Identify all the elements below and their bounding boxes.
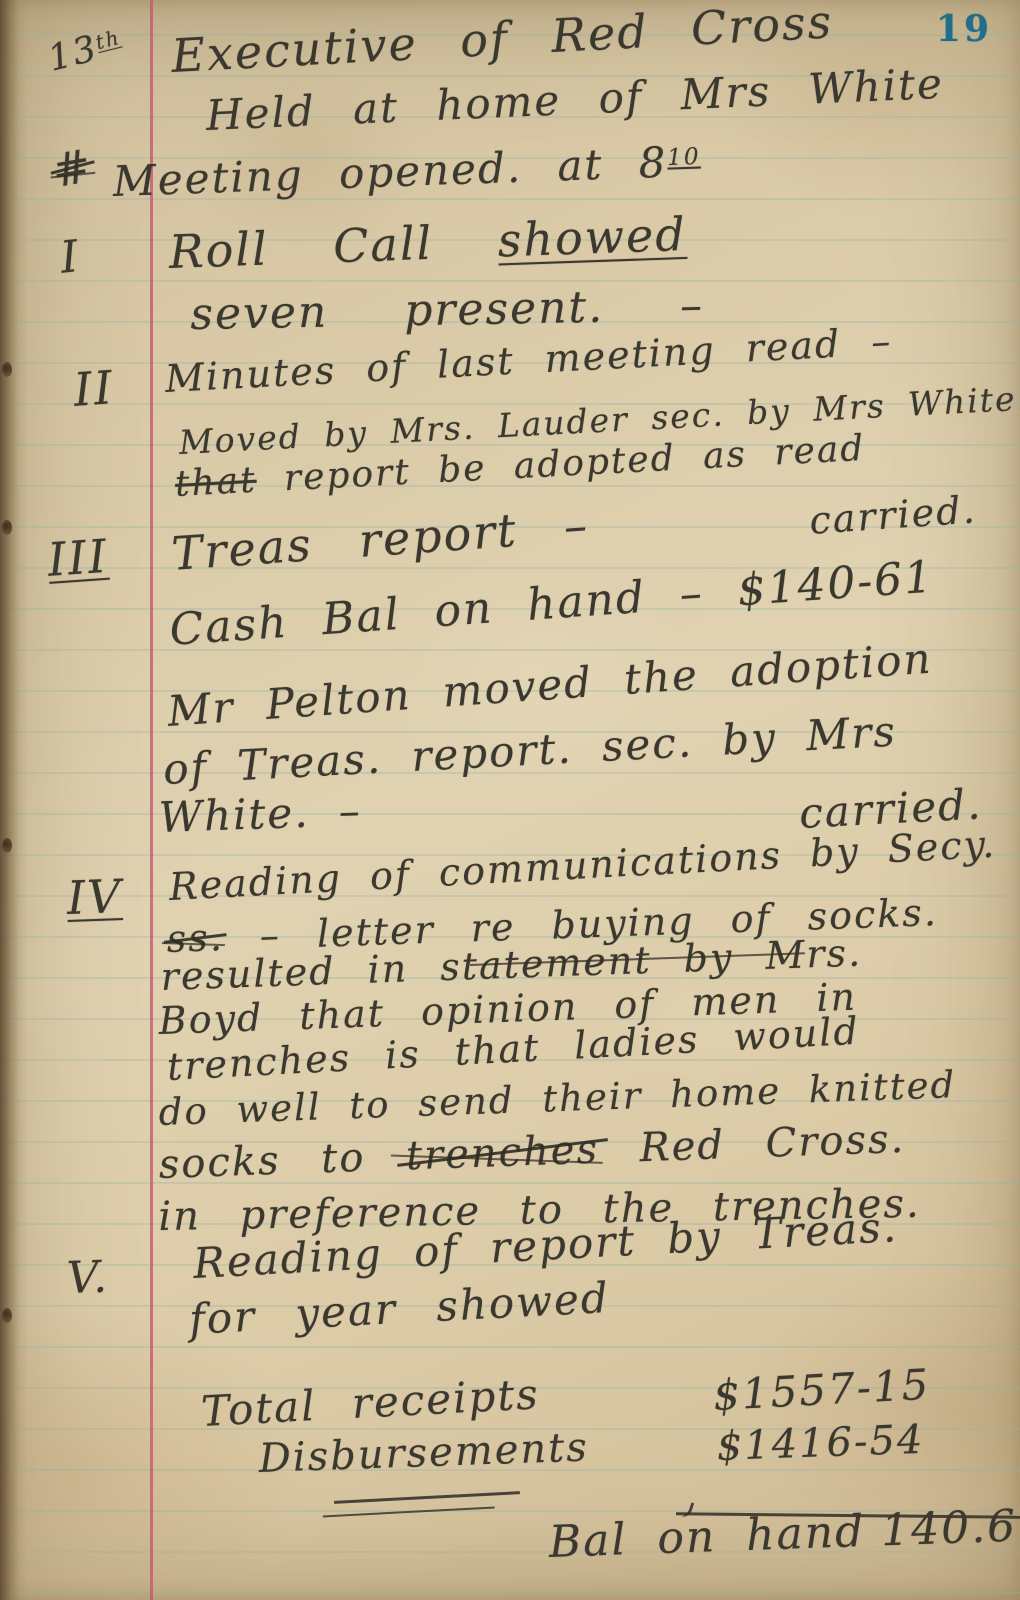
stitch-hole <box>2 838 12 853</box>
page-number: 19 <box>936 8 992 50</box>
balance-line: Bal on hand140.61 <box>548 1501 1020 1569</box>
roll-call-text: Roll Call <box>168 214 499 279</box>
roll-call-underlined: showed <box>497 207 688 268</box>
minute-book-page: 19 13th Executive of Red Cross Held at h… <box>0 0 1020 1600</box>
disbursements-value: $1416-54 <box>716 1417 925 1470</box>
meeting-number-ordinal: th <box>93 26 123 54</box>
item-iv-line-7-post: Red Cross. <box>598 1116 906 1173</box>
item-iii-line-5: White. – <box>158 787 363 842</box>
item-i-numeral: I <box>58 232 83 284</box>
struck-word: that <box>174 460 258 505</box>
opening-line: Meeting opened. at 810 <box>112 137 702 206</box>
item-v-numeral: V. <box>66 1253 110 1305</box>
binding-edge <box>0 0 28 1600</box>
disbursements-label: Disbursements <box>258 1424 589 1481</box>
balance-label: Bal on hand <box>548 1506 866 1568</box>
item-iii-line-1: Treas report – <box>170 499 591 581</box>
total-receipts-value: $1557-15 <box>712 1361 931 1421</box>
stitch-hole <box>2 1308 12 1323</box>
item-iii-numeral: III <box>46 530 110 587</box>
crossed-out-mark: # <box>48 139 97 198</box>
item-iv-line-7-pre: socks to <box>158 1133 407 1188</box>
item-i-line-1: Roll Call showed <box>168 208 688 279</box>
item-ii-numeral: II <box>72 361 116 417</box>
meeting-number: 13th <box>44 22 126 80</box>
balance-value: 140.61 <box>880 1500 1020 1557</box>
red-margin-line <box>150 0 153 1600</box>
opening-time-superscript: 10 <box>667 144 701 171</box>
item-iv-numeral: IV <box>66 870 123 925</box>
item-ii-result: carried. <box>808 488 978 543</box>
item-i-line-2: seven present. – <box>190 281 705 341</box>
stitch-hole <box>2 362 12 377</box>
stitch-hole <box>2 520 12 535</box>
balance-gap <box>866 1545 882 1546</box>
total-receipts-label: Total receipts <box>200 1370 541 1436</box>
opening-text: Meeting opened. at 8 <box>112 138 668 206</box>
totals-double-rule <box>334 1491 520 1504</box>
struck-word-trenches: trenches <box>405 1127 599 1180</box>
